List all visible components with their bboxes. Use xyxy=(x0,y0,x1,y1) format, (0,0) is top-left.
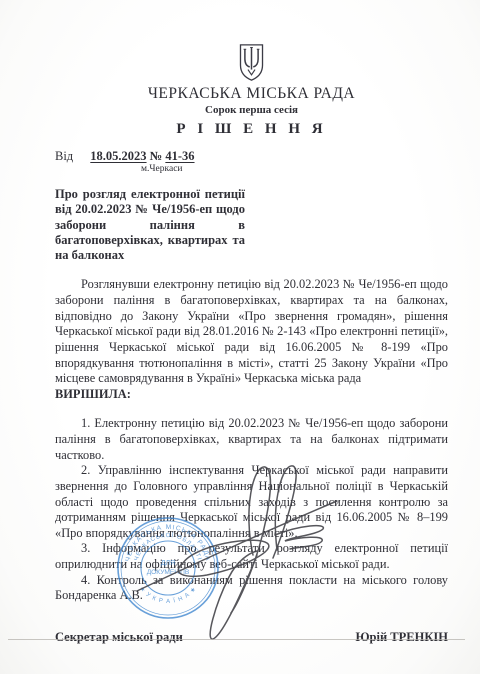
scan-fold-line xyxy=(8,639,465,640)
organization-title: ЧЕРКАСЬКА МІСЬКА РАДА xyxy=(55,85,448,102)
scanned-document-page: ЧЕРКАСЬКА МІСЬКА РАДА Сорок перша сесія … xyxy=(0,0,480,674)
date-number-row: Від 18.05.2023 № 41-36 xyxy=(55,149,448,164)
document-header: ЧЕРКАСЬКА МІСЬКА РАДА Сорок перша сесія … xyxy=(55,44,448,138)
document-number: 41-36 xyxy=(165,149,194,163)
preamble-paragraph: Розглянувши електронну петицію від 20.02… xyxy=(55,277,448,386)
handwritten-signature xyxy=(125,455,375,650)
subject-block: Про розгляд електронної петиції від 20.0… xyxy=(55,187,245,263)
city-label: м.Черкаси xyxy=(141,164,448,174)
date-label: Від xyxy=(55,149,73,163)
session-subtitle: Сорок перша сесія xyxy=(55,104,448,117)
resolved-label: ВИРІШИЛА: xyxy=(55,387,448,403)
document-type-title: Р І Ш Е Н Н Я xyxy=(55,120,448,138)
document-date: 18.05.2023 xyxy=(90,149,146,163)
number-sign: № xyxy=(150,149,163,163)
ukraine-trident-icon xyxy=(238,44,265,81)
